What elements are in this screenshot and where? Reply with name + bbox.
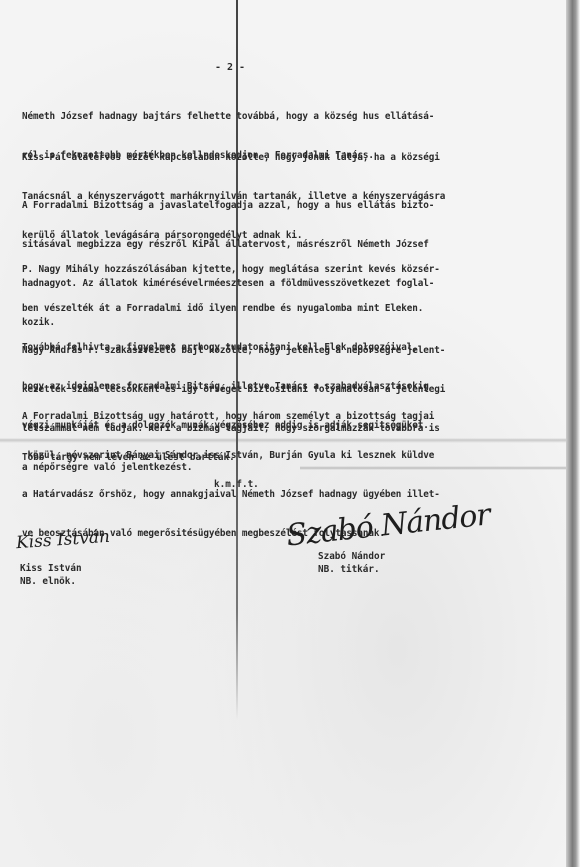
closing-statement: Több tárgy nem lévén az ülést bartták. xyxy=(22,452,235,463)
signatory-chairman: Kiss István NB. elnök. xyxy=(20,562,82,588)
text-line: A Forradalmi Bizottság a javaslatelfogad… xyxy=(22,199,562,212)
text-line: ben vészelték át a Forradalmi idő ilyen … xyxy=(22,302,562,315)
signatory-name: Szabó Nándor xyxy=(318,550,385,563)
kmft-notation: k.m.f.t. xyxy=(214,479,259,490)
signatory-name: Kiss István xyxy=(20,562,82,575)
text-line: A Forradalmi Bizottság ugy határott, hog… xyxy=(22,410,562,423)
torn-right-edge xyxy=(566,0,580,867)
signatory-title: NB. titkár. xyxy=(318,563,385,576)
text-line: Németh József hadnagy bajtárs felhette t… xyxy=(22,110,562,123)
text-line: P. Nagy Mihály hozzászólásában kjtette, … xyxy=(22,263,562,276)
signatory-title: NB. elnök. xyxy=(20,575,82,588)
signatory-secretary: Szabó Nándor NB. titkár. xyxy=(318,550,385,576)
page-number: - 2 - xyxy=(200,62,260,73)
text-line: Kiss Pál álatervos ezzel kapcsolaban köz… xyxy=(22,151,562,164)
text-line: Nagy András r. szakaszvezető bajt közölt… xyxy=(22,344,562,357)
